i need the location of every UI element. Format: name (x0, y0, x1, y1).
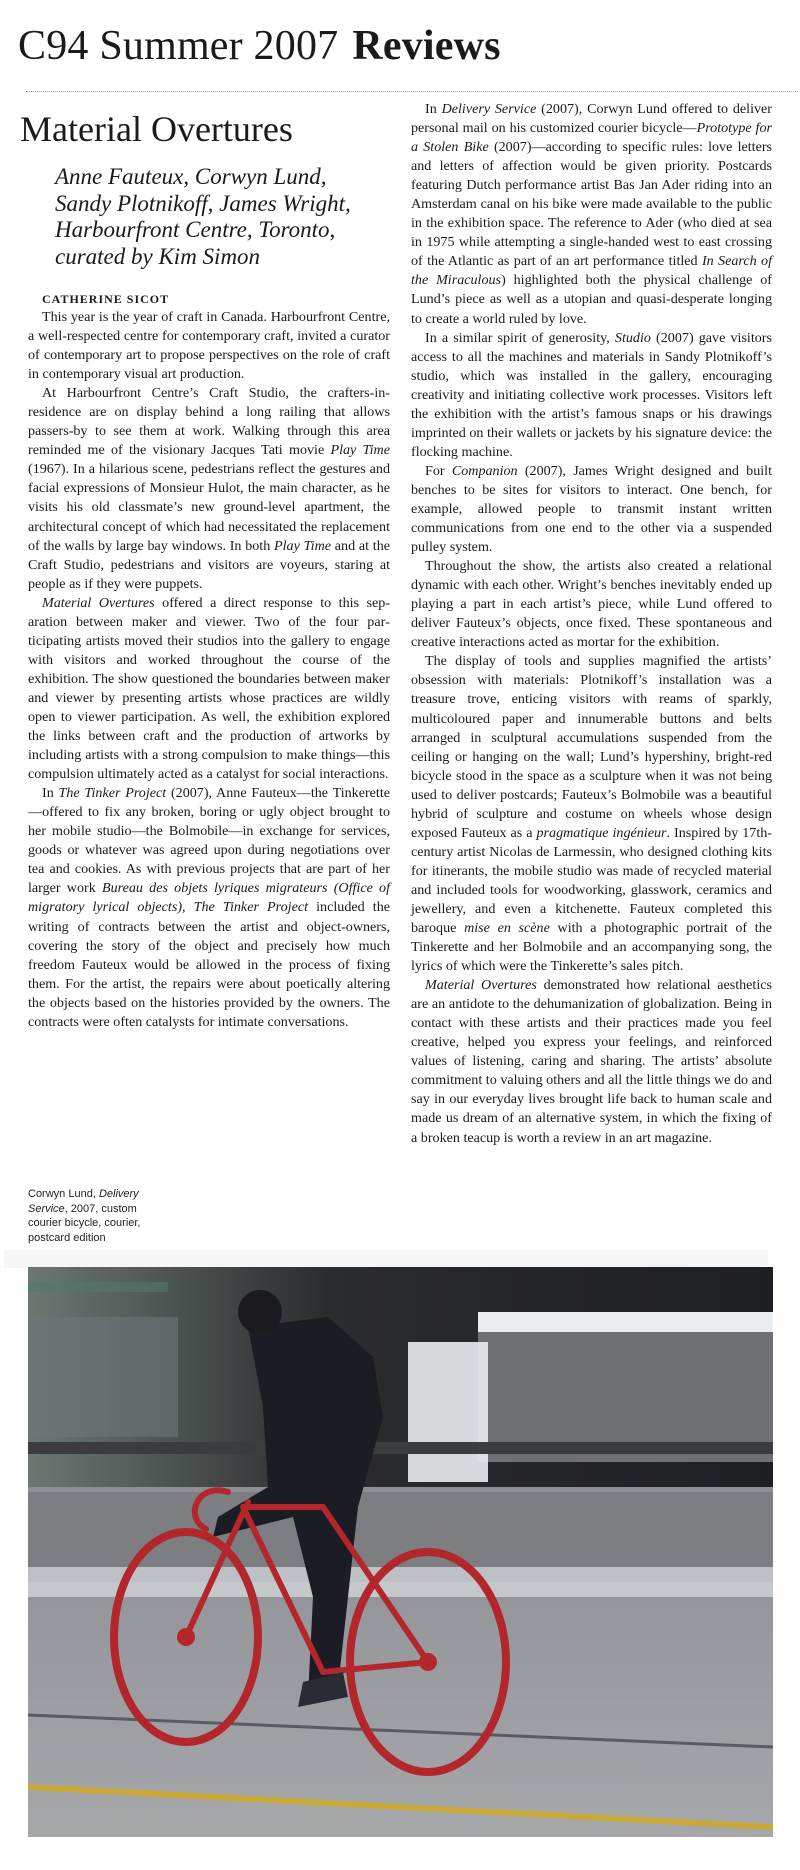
paragraph: In Delivery Service (2007), Corwyn Lund … (411, 100, 772, 329)
paragraph: Material Overtures demonstrated how rela… (411, 976, 772, 1147)
subtitle-line: curated by Kim Simon (55, 244, 390, 271)
author-byline: CATHERINE SICOT (42, 291, 390, 308)
paragraph: At Harbourfront Centre’s Craft Studio, t… (28, 384, 390, 594)
text-run: In a similar spirit of generosity, (425, 330, 615, 346)
italic-title-run: Delivery Service (442, 101, 537, 117)
bicycle-photo (28, 1267, 773, 1837)
subtitle-line: Harbourfront Centre, Toronto, (55, 217, 390, 244)
text-run: demonstrated how relational aes­thetics … (411, 977, 772, 1145)
italic-title-run: Play Time (274, 538, 331, 554)
paragraph: In a similar spirit of generosity, Studi… (411, 329, 772, 462)
italic-title-run: The Tinker Project (59, 785, 167, 801)
text-run: Throughout the show, the artists also cr… (411, 558, 772, 650)
text-run: , (182, 899, 194, 915)
text-run: The display of tools and supplies magnif… (411, 653, 772, 840)
text-run: For (425, 463, 452, 479)
text-run: included the writing of con­tracts betwe… (28, 899, 390, 1029)
paragraph: This year is the year of craft in Canada… (28, 308, 390, 384)
italic-title-run: mise en scène (464, 920, 550, 936)
left-column: Material Overtures Anne Fauteux, Corwyn … (28, 100, 390, 1032)
paragraph: For Companion (2007), James Wright desig… (411, 462, 772, 557)
review-title: Material Overtures (20, 108, 390, 150)
italic-title-run: Companion (452, 463, 518, 479)
header-divider (26, 91, 798, 92)
italic-title-run: Play Time (330, 442, 390, 458)
right-body-text: In Delivery Service (2007), Corwyn Lund … (411, 100, 772, 1148)
text-run: (2007)—according to specific rules: love… (411, 139, 772, 269)
text-run: This year is the year of craft in Canada… (28, 309, 390, 382)
italic-title-run: The Tinker Project (194, 899, 308, 915)
paragraph: In The Tinker Project (2007), Anne Faute… (28, 784, 390, 1032)
italic-title-run: Studio (615, 330, 651, 346)
paragraph: The display of tools and supplies magnif… (411, 652, 772, 976)
subtitle-line: Sandy Plotnikoff, James Wright, (55, 191, 390, 218)
paragraph: Throughout the show, the artists also cr… (411, 557, 772, 652)
photo-caption: Corwyn Lund, Delivery Service, 2007, cus… (28, 1187, 168, 1246)
caption-artist: Corwyn Lund, (28, 1188, 99, 1200)
text-run: In (425, 101, 442, 117)
review-subtitle: Anne Fauteux, Corwyn Lund, Sandy Plotnik… (55, 164, 390, 270)
left-body-text: This year is the year of craft in Canada… (28, 308, 390, 1032)
italic-title-run: pragmatique ingénieur (536, 825, 666, 841)
text-run: (2007) gave visitors access to all the m… (411, 330, 772, 460)
subtitle-line: Anne Fauteux, Corwyn Lund, (55, 164, 390, 191)
issue-label: C94 Summer 2007 (18, 23, 338, 69)
scan-band (4, 1250, 768, 1268)
magazine-header: C94 Summer 2007Reviews (18, 22, 501, 70)
photo-illustration (28, 1267, 773, 1837)
text-run: offered a direct response to this sep­ar… (28, 595, 390, 782)
italic-title-run: Material Overtures (425, 977, 537, 993)
italic-title-run: Material Overtures (42, 595, 155, 611)
text-run: In (42, 785, 59, 801)
section-label: Reviews (352, 23, 500, 69)
right-column: In Delivery Service (2007), Corwyn Lund … (411, 100, 772, 1148)
paragraph: Material Overtures offered a direct resp… (28, 594, 390, 784)
